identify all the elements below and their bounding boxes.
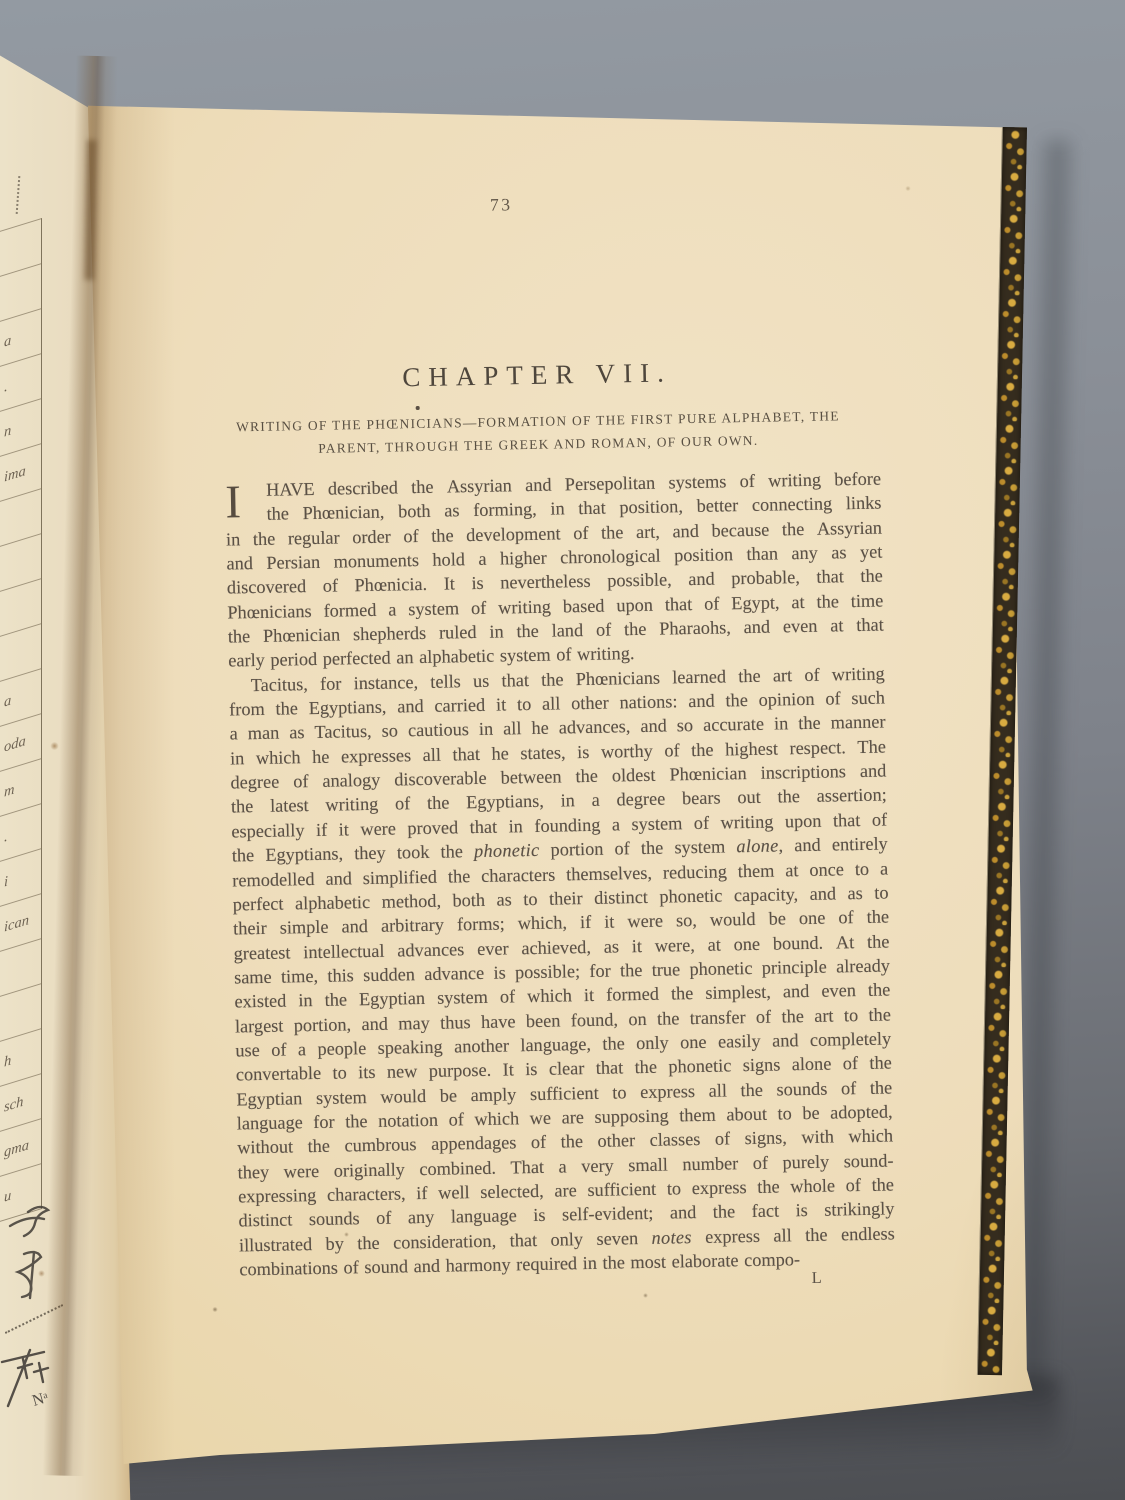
photograph-of-open-book: a.nimaaodam.iicanhschgmau Nᵃ: [0, 0, 1125, 1500]
chapter-heading: CHAPTER VII.: [207, 354, 867, 397]
dotted-rule-top: [16, 176, 21, 214]
page-content: 73 CHAPTER VII. WRITING OF THE PHŒNICIAN…: [216, 0, 903, 1500]
foxing-spot: [344, 1232, 349, 1237]
page-number: 73: [490, 194, 540, 216]
foxing-spot: [38, 1270, 45, 1277]
foxing-spot: [212, 1307, 218, 1312]
section-separator-dot: [416, 406, 420, 410]
right-page: 73 CHAPTER VII. WRITING OF THE PHŒNICIAN…: [85, 0, 1050, 1500]
alphabet-table-edge: a.nimaaodam.iicanhschgmau: [0, 218, 42, 1240]
foxing-spot: [905, 186, 911, 191]
signature-mark: L: [812, 1268, 822, 1288]
row-label-fragment: [0, 219, 41, 250]
fore-edge-shadow: [1019, 140, 1070, 1390]
foxing-spot: [643, 1293, 648, 1298]
body-text: HAVEdescribedtheAssyrianandPersepolitans…: [225, 467, 896, 1282]
chapter-subtitle: WRITING OF THE PHŒNICIANS—FORMATION OF T…: [208, 405, 869, 462]
foxing-spot: [50, 742, 59, 750]
